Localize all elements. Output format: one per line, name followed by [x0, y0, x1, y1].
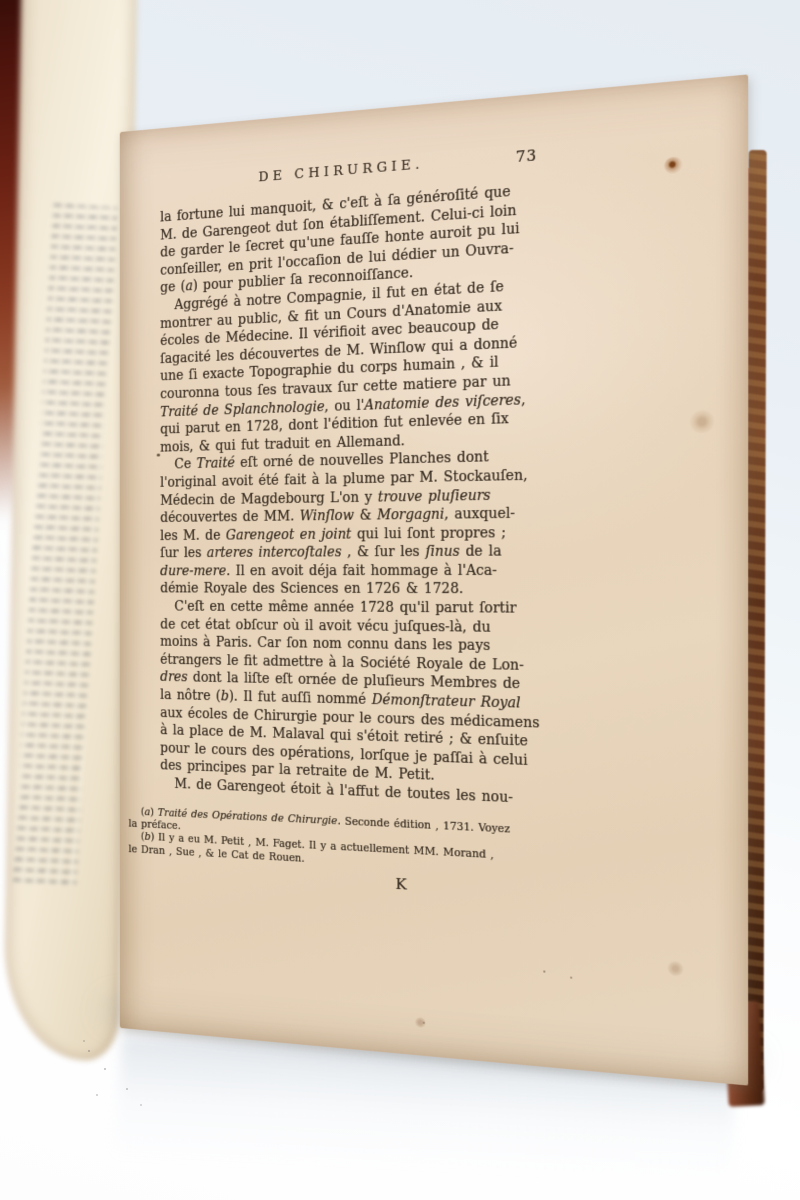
- dust-specks: [88, 1050, 90, 1052]
- text-line: ſur les arteres intercoſtales , & ſur le…: [160, 542, 533, 562]
- page-number: 73: [516, 146, 538, 166]
- foxing-spot: [667, 961, 683, 977]
- text-line: démie Royale des Sciences en 1726 & 1728…: [160, 580, 533, 599]
- foxing-spot: [689, 410, 715, 434]
- book-page: DE CHIRURGIE. 73 la fortune lui manquoit…: [120, 74, 748, 1085]
- book-photograph: DE CHIRURGIE. 73 la fortune lui manquoit…: [0, 0, 800, 1200]
- text-line: les M. de Garengeot en joint qui lui ſon…: [160, 523, 533, 545]
- body-text: la fortune lui manquoit, & c'eſt à ſa gé…: [160, 181, 533, 809]
- text-line: C'eſt en cette même année 1728 qu'il par…: [160, 598, 533, 618]
- foxing-spot: [664, 156, 682, 174]
- text-line: dure-mere. Il en avoit déja fait hommage…: [160, 561, 533, 580]
- foxing-spot: [415, 1017, 426, 1028]
- fore-edge-cover: [745, 150, 766, 1092]
- page-text-column: DE CHIRURGIE. 73 la fortune lui manquoit…: [160, 147, 533, 901]
- ink-specks: [543, 970, 545, 972]
